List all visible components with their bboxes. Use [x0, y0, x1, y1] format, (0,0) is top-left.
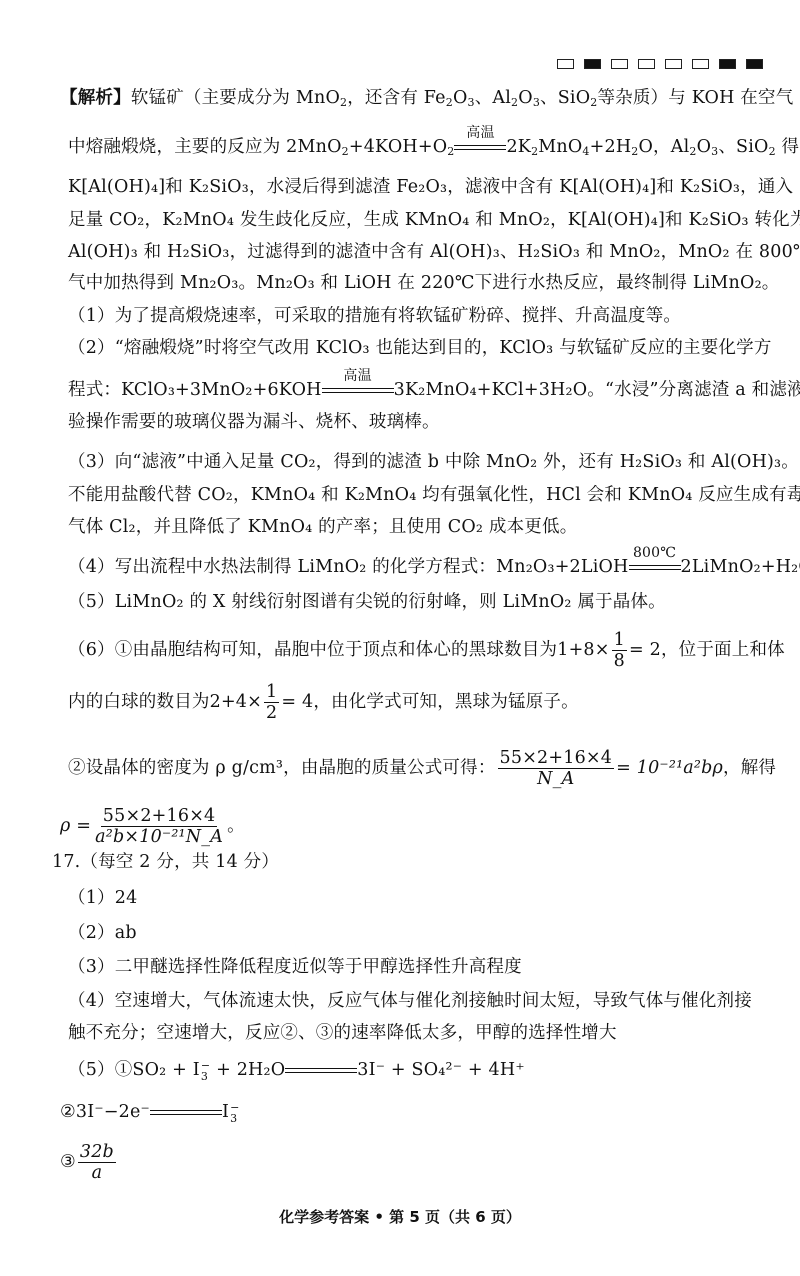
math-expression: 2+4×	[210, 692, 262, 712]
answer-3-line-2: 不能用盐酸代替 CO₂，KMnO₄ 和 K₂MnO₄ 均有强氧化性，HCl 会和…	[68, 483, 800, 507]
q17-answer-1: （1）24	[68, 886, 137, 910]
fraction-numerator: 55×2+16×4	[101, 806, 218, 827]
text: 得到	[776, 137, 800, 157]
marker-box-filled	[719, 59, 736, 69]
marker-box-empty	[611, 59, 628, 69]
text: ，由化学式可知，黑球为锰原子。	[313, 692, 579, 712]
marker-box-filled	[584, 59, 601, 69]
marker-box-empty	[692, 59, 709, 69]
text: 中熔融煅烧，主要的反应为 2MnO	[68, 137, 342, 157]
text: +2H	[590, 137, 632, 157]
analysis-line-5: Al(OH)₃ 和 H₂SiO₃，过滤得到的滤渣中含有 Al(OH)₃、H₂Si…	[68, 240, 800, 264]
q17-answer-5-1: （5）①SO₂ + I−3 + 2H₂O3I⁻ + SO₄²⁻ + 4H⁺	[68, 1058, 525, 1082]
text: （5）①SO₂ + I	[68, 1060, 200, 1080]
fraction-denominator: 2	[264, 703, 279, 723]
equals-arrow	[150, 1100, 222, 1124]
text: 等杂质）与 KOH 在空气	[597, 88, 793, 108]
text: 2K	[506, 137, 531, 157]
fraction-numerator: 1	[264, 682, 279, 703]
text: ②3I⁻−2e⁻	[60, 1102, 150, 1122]
q17-answer-4-line-1: （4）空速增大，气体流速太快，反应气体与催化剂接触时间太短，导致气体与催化剂接	[68, 989, 752, 1013]
math-expression: 1+8×	[557, 640, 609, 660]
marker-box-empty	[665, 59, 682, 69]
answer-6-line-1: （6）①由晶胞结构可知，晶胞中位于顶点和体心的黑球数目为1+8×18= 2，位于…	[68, 630, 785, 671]
reaction-arrow: 高温	[322, 378, 394, 402]
q17-answer-5-3: ③32ba	[60, 1142, 118, 1183]
text: 2LiMnO₂+H₂O。	[681, 557, 800, 577]
q17-answer-2: （2）ab	[68, 921, 137, 945]
marker-box-empty	[557, 59, 574, 69]
math-expression: = 10⁻²¹a²bρ	[616, 758, 723, 778]
text: ③	[60, 1152, 76, 1172]
answer-4: （4）写出流程中水热法制得 LiMnO₂ 的化学方程式：Mn₂O₃+2LiOH8…	[68, 555, 800, 579]
text: （4）写出流程中水热法制得 LiMnO₂ 的化学方程式：Mn₂O₃+2LiOH	[68, 557, 629, 577]
fraction-denominator: a²b×10⁻²¹N_A	[93, 827, 225, 847]
fraction-denominator: 8	[612, 651, 627, 671]
page-footer: 化学参考答案 • 第 5 页（共 6 页）	[0, 1206, 800, 1227]
q17-answer-3: （3）二甲醚选择性降低程度近似等于甲醇选择性升高程度	[68, 955, 522, 979]
text: 、Al	[475, 88, 511, 108]
text: O	[697, 137, 712, 157]
text: +4KOH+O	[349, 137, 447, 157]
analysis-line-1: 【解析】软锰矿（主要成分为 MnO2，还含有 Fe2O3、Al2O3、SiO2等…	[60, 86, 793, 110]
text: 软锰矿（主要成分为 MnO	[131, 88, 340, 108]
text: MnO	[538, 137, 582, 157]
reaction-condition: 800℃	[629, 541, 681, 565]
q17-answer-5-2: ②3I⁻−2e⁻I−3	[60, 1100, 240, 1124]
text: O，Al	[639, 137, 690, 157]
answer-5: （5）LiMnO₂ 的 X 射线衍射图谱有尖锐的衍射峰，则 LiMnO₂ 属于晶…	[68, 590, 666, 614]
answer-2-line-3: 验操作需要的玻璃仪器为漏斗、烧杯、玻璃棒。	[68, 410, 440, 434]
analysis-line-4: 足量 CO₂，K₂MnO₄ 发生歧化反应，生成 KMnO₄ 和 MnO₂，K[A…	[68, 208, 800, 232]
analysis-label: 【解析】	[60, 88, 131, 108]
answer-6-part2-line-1: ②设晶体的密度为 ρ g/cm³，由晶胞的质量公式可得：55×2+16×4N_A…	[68, 748, 776, 789]
reaction-arrow: 800℃	[629, 555, 681, 579]
text: 程式：KClO₃+3MnO₂+6KOH	[68, 380, 322, 400]
fraction: 55×2+16×4N_A	[498, 748, 615, 789]
marker-box-filled	[746, 59, 763, 69]
analysis-line-3: K[Al(OH)₄]和 K₂SiO₃，水浸后得到滤渣 Fe₂O₃，滤液中含有 K…	[68, 175, 793, 199]
text: 内的白球的数目为	[68, 692, 210, 712]
text: ，位于面上和体	[661, 640, 785, 660]
question-17-heading: 17.（每空 2 分，共 14 分）	[52, 850, 279, 874]
math-expression: ρ =	[60, 816, 91, 836]
fraction-numerator: 1	[612, 630, 627, 651]
reaction-condition: 高温	[322, 364, 394, 388]
q17-answer-4-line-2: 触不充分；空速增大，反应②、③的速率降低太多，甲醇的选择性增大	[68, 1021, 617, 1045]
reaction-condition: 高温	[454, 121, 506, 145]
reaction-arrow: 高温	[454, 135, 506, 159]
fraction: 18	[612, 630, 627, 671]
answer-6-part2-line-2: ρ =55×2+16×4a²b×10⁻²¹N_A。	[60, 806, 245, 847]
text: ，解得	[723, 758, 776, 778]
fraction-denominator: N_A	[535, 769, 576, 789]
ion-charge-subscript: −3	[230, 1102, 239, 1124]
analysis-line-2: 中熔融煅烧，主要的反应为 2MnO2+4KOH+O2高温2K2MnO4+2H2O…	[68, 135, 800, 159]
math-expression: = 4	[281, 692, 313, 712]
text: ，还含有 Fe	[347, 88, 446, 108]
ion-charge-subscript: −3	[201, 1060, 210, 1082]
fraction-numerator: 55×2+16×4	[498, 748, 615, 769]
fraction: 12	[264, 682, 279, 723]
marker-box-empty	[638, 59, 655, 69]
analysis-line-6: 气中加热得到 Mn₂O₃。Mn₂O₃ 和 LiOH 在 220℃下进行水热反应，…	[68, 271, 779, 295]
equals-arrow	[285, 1058, 357, 1082]
fraction-numerator: 32b	[78, 1142, 116, 1163]
fraction-denominator: a	[90, 1163, 105, 1183]
text: 。	[227, 816, 245, 836]
text: O	[453, 88, 468, 108]
text: + 2H₂O	[210, 1060, 285, 1080]
text: 3K₂MnO₄+KCl+3H₂O。“水浸”分离滤渣 a 和滤液的实	[394, 380, 800, 400]
answer-3-line-3: 气体 Cl₂，并且降低了 KMnO₄ 的产率；且使用 CO₂ 成本更低。	[68, 515, 577, 539]
fraction: 55×2+16×4a²b×10⁻²¹N_A	[93, 806, 225, 847]
fraction: 32ba	[78, 1142, 116, 1183]
text: O	[518, 88, 533, 108]
answer-3-line-1: （3）向“滤液”中通入足量 CO₂，得到的滤渣 b 中除 MnO₂ 外，还有 H…	[68, 450, 799, 474]
text: I	[222, 1102, 229, 1122]
answer-2-line-2: 程式：KClO₃+3MnO₂+6KOH高温3K₂MnO₄+KCl+3H₂O。“水…	[68, 378, 800, 402]
answer-2-line-1: （2）“熔融煅烧”时将空气改用 KClO₃ 也能达到目的，KClO₃ 与软锰矿反…	[68, 336, 772, 360]
answer-1: （1）为了提高煅烧速率，可采取的措施有将软锰矿粉碎、搅拌、升高温度等。	[68, 304, 681, 328]
math-expression: = 2	[629, 640, 661, 660]
page-marker-boxes	[557, 59, 763, 69]
text: 、SiO	[540, 88, 590, 108]
text: 、SiO	[718, 137, 768, 157]
text: 3I⁻ + SO₄²⁻ + 4H⁺	[357, 1060, 525, 1080]
text: （6）①由晶胞结构可知，晶胞中位于顶点和体心的黑球数目为	[68, 640, 557, 660]
text: ②设晶体的密度为 ρ g/cm³，由晶胞的质量公式可得：	[68, 758, 496, 778]
answer-6-line-2: 内的白球的数目为2+4×12= 4，由化学式可知，黑球为锰原子。	[68, 682, 579, 723]
